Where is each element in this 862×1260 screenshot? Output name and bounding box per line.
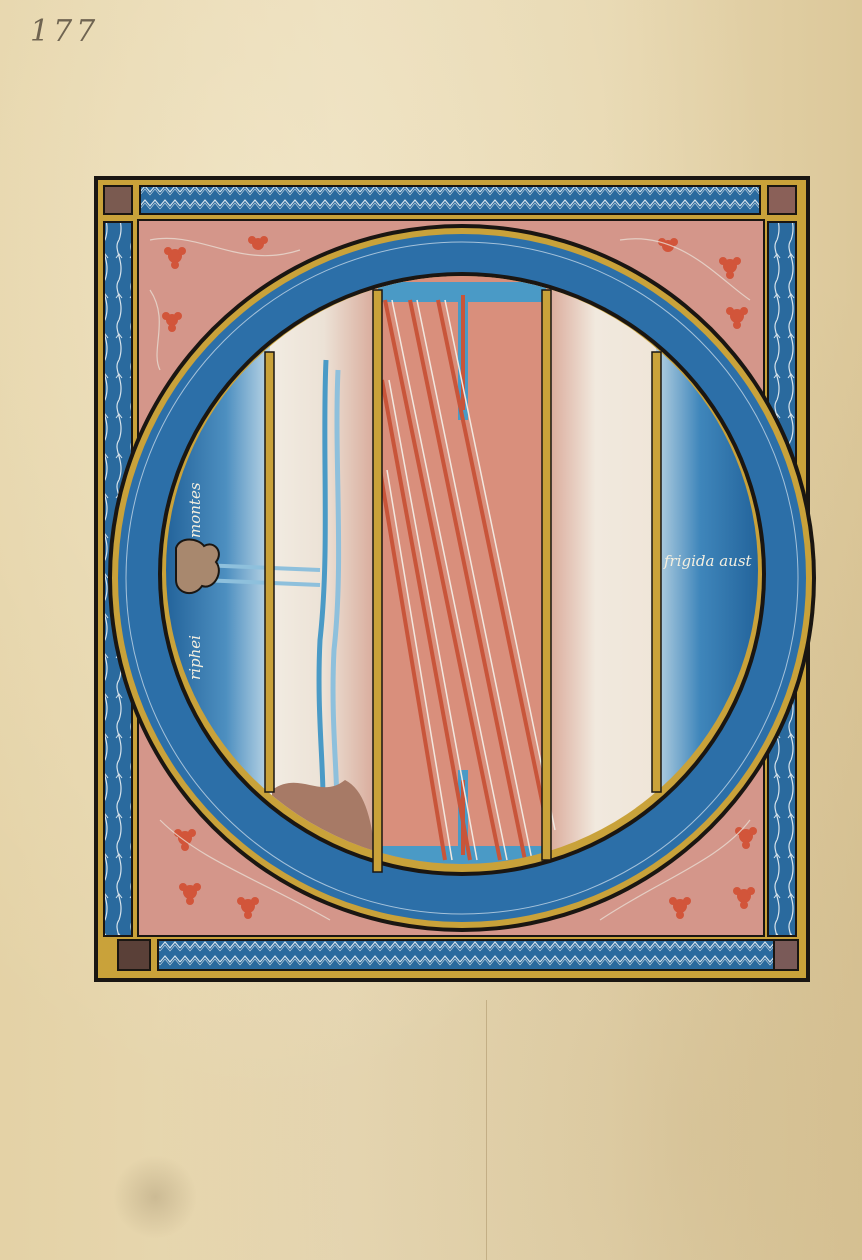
riphean-mountains-icon: [176, 540, 219, 594]
inscription-riphei: riphei: [186, 635, 204, 680]
manuscript-page: 177: [0, 0, 862, 1260]
inscription-frigida-aust: frigida aust: [663, 552, 753, 570]
corner-square-bottom-right: [774, 940, 798, 970]
zonal-map-illumination: montes riphei frigida aust: [0, 0, 862, 1260]
zone-southern-temperate: [546, 270, 656, 890]
inscription-montes: montes: [186, 482, 204, 538]
corner-square-top-left: [104, 186, 132, 214]
corner-square-top-right: [768, 186, 796, 214]
corner-square-bottom-left: [118, 940, 150, 970]
